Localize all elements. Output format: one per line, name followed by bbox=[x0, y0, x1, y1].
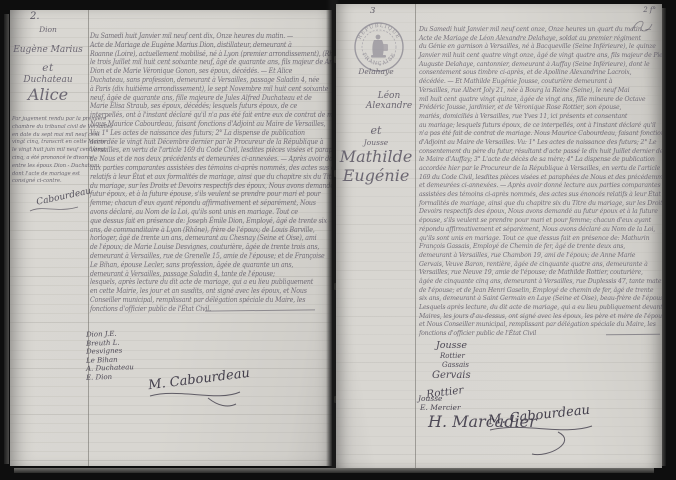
margin-name: Jousse bbox=[338, 138, 414, 147]
act-body-line: assistées des témoins ci-après nommés, d… bbox=[419, 190, 662, 199]
act-body-line: avons déclaré, au Nom de la Loi, qu'ils … bbox=[90, 208, 332, 217]
act-body-line: demeurant à Versailles, passage Saladin … bbox=[90, 270, 332, 279]
act-body-line: accordée le vingt huit Décembre dernier … bbox=[90, 138, 332, 147]
act-body-line: lesquels, après lecture du dit acte de m… bbox=[90, 278, 332, 287]
act-body-line: formalités de mariage, ainsi que du chap… bbox=[419, 199, 662, 208]
act-body-line: Devoirs respectifs des époux, Nous avons… bbox=[419, 207, 662, 216]
act-body-line: de l'époux; de Marie Louise Desvignes, c… bbox=[90, 243, 332, 252]
page-stack-edge bbox=[4, 14, 9, 464]
margin-note-line: Par jugement rendu par la première bbox=[12, 116, 81, 124]
act-body-line: Janvier mil huit cent quatre vingt onze,… bbox=[419, 51, 662, 60]
page-stack-edge bbox=[662, 8, 666, 466]
act-body-line: de l'épouse; et de Jean Henri Gaselin, E… bbox=[419, 286, 662, 295]
margin-divider-rule bbox=[415, 4, 416, 468]
margin-name: et bbox=[338, 124, 414, 137]
margin-note-line: entre les époux Dion - Duchateau bbox=[12, 163, 81, 171]
act-body-line: demeurant à Versailles, rue de Grenelle … bbox=[90, 252, 332, 261]
margin-divider-rule bbox=[88, 10, 89, 466]
act-body-line: Frédéric Jousse, jardinier, et de Véroni… bbox=[419, 103, 662, 112]
margin-note-line: chambre du tribunal civil de Versailles bbox=[12, 124, 81, 132]
signature-flourish-icon bbox=[28, 204, 80, 214]
act-body-line: Gervais, Veuve Baron, rentière, âgée de … bbox=[419, 260, 662, 269]
act-body-line: femme; chacun d'eux ayant répondu affirm… bbox=[90, 199, 332, 208]
margin-note-line: dont l'acte de mariage est bbox=[12, 171, 81, 179]
act-body-line: Du Samedi huit Janvier mil neuf cent onz… bbox=[419, 25, 662, 34]
act-body-line: consentement sous timbre ci-après, et de… bbox=[419, 68, 662, 77]
act-body-line: mil huit cent quatre vingt quinze, âgée … bbox=[419, 95, 662, 104]
act-body-line: Conseiller municipal, remplissant par dé… bbox=[90, 296, 332, 305]
signature-flourish-icon bbox=[148, 384, 244, 410]
margin-note-line: consigné ci-contre. bbox=[12, 178, 81, 186]
margin-name: Mathilde Eugénie bbox=[338, 147, 414, 185]
act-body-line: n'a pas été fait de contrat de mariage. … bbox=[419, 129, 662, 138]
act-body-line: Roanne (Loire), actuellement mobilisé, n… bbox=[90, 50, 332, 59]
witness-signature: E. Dion bbox=[86, 372, 134, 382]
act-body-line: demeurant à Versailles, rue Chambon 19, … bbox=[419, 251, 662, 260]
act-body-line: 169 du Code Civil, lesdites pièces visée… bbox=[419, 173, 662, 182]
act-body-line: Auguste Delahaye, cantonnier, demeurant … bbox=[419, 60, 662, 69]
act-body-line: Versailles, en vertu de l'article 169 du… bbox=[90, 146, 332, 155]
act-body-line: Dion et de Marie Véronique Gonon, ses ép… bbox=[90, 67, 332, 76]
act-body-line: accordée hier par le Procureur de la Rép… bbox=[419, 164, 662, 173]
act-body-line: au mariage; lesquels futurs époux, de ce… bbox=[419, 121, 662, 130]
act-body-line: Duchateau, sans profession, demeurant à … bbox=[90, 76, 332, 85]
margin-spouse-names: DionEugène MariusetDuchateauAlice bbox=[12, 24, 84, 104]
act-body-text: Du Samedi huit Janvier mil neuf cent onz… bbox=[419, 25, 659, 338]
witness-signatures: Dion J.E.Breuth L.DesvignesLe BihanA. Du… bbox=[86, 330, 134, 382]
act-body-line: le trois Juillet mil huit cent soixante … bbox=[90, 58, 332, 67]
act-number: 3 bbox=[370, 6, 375, 16]
margin-name: Delahaye bbox=[338, 67, 414, 76]
register-scan: 2. DionEugène MariusetDuchateauAlice Par… bbox=[0, 0, 676, 480]
margin-spouse-names: DelahayeLéon AlexandreetJousseMathilde E… bbox=[338, 66, 414, 185]
witness-signature: Jousse bbox=[436, 340, 537, 352]
left-register-page: 2. DionEugène MariusetDuchateauAlice Par… bbox=[10, 10, 332, 466]
margin-note-line: vingt cinq, transcrit en cette Mairie bbox=[12, 139, 81, 147]
act-number: 2. bbox=[30, 11, 40, 22]
act-body-line: six ans, demeurant à Saint Germain en La… bbox=[419, 294, 662, 303]
act-body-line: François Gassais, Employé de Chemin de f… bbox=[419, 242, 662, 251]
act-body-line: futur époux, et à la future épouse, s'il… bbox=[90, 190, 332, 199]
act-body-line: Versailles, rue Neuve 19, amie de l'épou… bbox=[419, 268, 662, 277]
act-body-line: ans, de commanditaire à Lyon (Rhône), fr… bbox=[90, 226, 332, 235]
act-body-line: neuf, âgée de quarante ans, fille majeur… bbox=[90, 94, 332, 103]
act-body-line: épouse, s'ils veulent se prendre pour ma… bbox=[419, 216, 662, 225]
act-body-line: répondu affirmativement et séparément, N… bbox=[419, 225, 662, 234]
page-stack-edge bbox=[14, 468, 654, 473]
right-register-page: 3 2 f° RÉPUBLIQUE FRANÇAISE bbox=[336, 4, 662, 468]
act-body-line: d'Adjoint au Maire de Versailles. Vu: 1°… bbox=[419, 138, 662, 147]
act-body-line: qu'ils sont unis en mariage. Tout ce que… bbox=[419, 234, 662, 243]
act-body-line: Acte de Mariage de Eugène Marius Dion, d… bbox=[90, 41, 332, 50]
act-body-line: âgée de cinquante cinq ans, demeurant à … bbox=[419, 277, 662, 286]
folio-mark: 2 f° bbox=[643, 6, 656, 14]
act-body-line: Maires, les jours d'au-dessus, ont signé… bbox=[419, 312, 662, 321]
act-body-line: et demeurées ci-annexées. — Après avoir … bbox=[419, 181, 662, 190]
act-body-line: consentement du père du futur, résultant… bbox=[419, 147, 662, 156]
margin-name: Eugène Marius bbox=[12, 45, 84, 55]
act-body-line: et Nous Conseiller municipal, remplissan… bbox=[419, 320, 662, 329]
act-body-line: Lesquels après lecture, du dit acte de m… bbox=[419, 303, 662, 312]
marginal-mention-divorce: Par jugement rendu par la premièrechambr… bbox=[12, 116, 87, 186]
act-body-line: du mariage, sur les Droits et Devoirs re… bbox=[90, 182, 332, 191]
act-body-line: Versailles, rue Albert Joly 21, née à Bo… bbox=[419, 86, 662, 95]
margin-name: Duchateau bbox=[12, 75, 84, 85]
act-body-line: décédée. — Et Mathilde Eugénie Jousse, c… bbox=[419, 77, 662, 86]
act-body-line: à Paris (dix huitième arrondissement), l… bbox=[90, 85, 332, 94]
margin-name: Léon Alexandre bbox=[338, 91, 414, 111]
act-body-line: de Nous et de nos deux précédents et dem… bbox=[90, 155, 332, 164]
act-body-line: relatifs à leur État et aux formalités d… bbox=[90, 173, 332, 182]
act-body-line: Acte de Mariage de Léon Alexandre Delaha… bbox=[419, 34, 662, 43]
act-body-line: horloger, âgé de trente un ans, demeuran… bbox=[90, 234, 332, 243]
margin-name: Alice bbox=[12, 85, 84, 104]
act-body-line: aux parties comparantes assistées des té… bbox=[90, 164, 332, 173]
act-body-line: Vu: 1° Les actes de naissance des futurs… bbox=[90, 129, 332, 138]
act-body-line: interpellés, ont à l'instant déclaré qu'… bbox=[90, 111, 332, 120]
act-body-line: Nous Maurice Cabourdeau, faisant fonctio… bbox=[90, 120, 332, 129]
act-body-line: mariés, domiciliés à Versailles, rue Yve… bbox=[419, 112, 662, 121]
margin-name: et bbox=[12, 62, 84, 74]
witness-signature: Rottier bbox=[440, 352, 537, 361]
act-body-line: que dessus fait en présence de: Joseph É… bbox=[90, 217, 332, 226]
act-body-text: Du Samedi huit Janvier mil neuf cent dix… bbox=[90, 32, 328, 314]
margin-note-line: en date du sept mai mil neuf cent bbox=[12, 132, 81, 140]
margin-note-line: cinq, a été prononcé le divorce bbox=[12, 155, 81, 163]
margin-note-line: le vingt huit juin mil neuf cent vingt bbox=[12, 147, 81, 155]
signature-flourish-icon bbox=[488, 420, 598, 460]
act-body-line: Du Samedi huit Janvier mil neuf cent dix… bbox=[90, 32, 332, 41]
witness-signature: Gassais bbox=[442, 361, 537, 370]
act-body-line: Marie Elisa Straub, ses époux, décédés; … bbox=[90, 102, 332, 111]
act-body-line: du Génie en garnison à Versailles, né à … bbox=[419, 42, 662, 51]
act-body-line: Le Bihan, épouse Lecler, sans profession… bbox=[90, 261, 332, 270]
act-body-line: en cette Mairie, les jour et an susdits,… bbox=[90, 287, 332, 296]
act-body-line: le Maire d'Auffay; 3° L'acte de décès de… bbox=[419, 155, 662, 164]
margin-name: Dion bbox=[12, 25, 84, 34]
stamp-figure-emblem bbox=[371, 35, 388, 58]
